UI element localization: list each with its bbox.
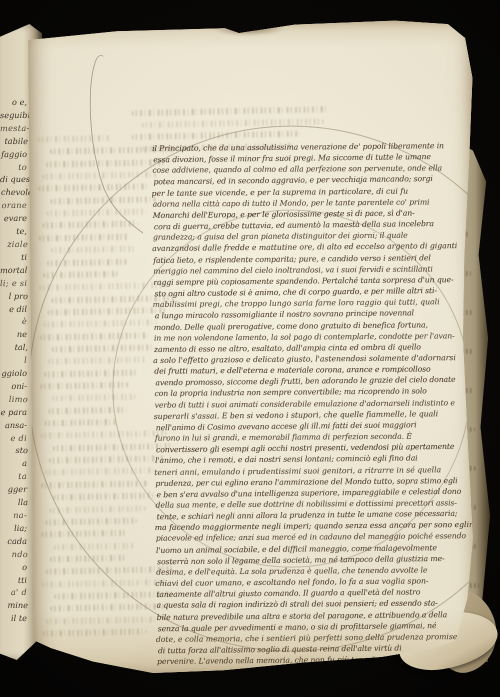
page-edge-shading [27, 14, 481, 678]
gutter-text-fragment: orane [0, 199, 30, 212]
gutter-text-fragment: gger [0, 483, 30, 496]
gutter-text-fragment: faggio [0, 148, 30, 161]
gutter-text-fragment: tal, [1, 341, 30, 354]
gutter-text-fragment: tabile [1, 135, 30, 148]
gutter-text-fragment: a [0, 457, 30, 470]
gutter-text-fragment: li; e si [0, 277, 30, 290]
ghost-bleed-through-heading [27, 14, 475, 18]
gutter-text-fragment: o e, [0, 96, 30, 109]
gutter-text-fragment: e di [0, 431, 30, 444]
gutter-text-fragment: lia; [0, 522, 30, 535]
gutter-text-fragment: mesta- [0, 122, 30, 135]
gutter-text-fragment: l [0, 354, 30, 367]
gutter-text-fragment: chevole [1, 186, 30, 199]
gutter-text-fragment: il te [0, 612, 30, 625]
gutter-text-fragment: l pro [1, 289, 30, 302]
gutter-text-fragment: sto [1, 444, 30, 457]
manuscript-page: il Principato, che da una assolutissima … [27, 14, 481, 678]
gutter-text-fragment: mortal [0, 264, 30, 277]
gutter-text-fragment: te, [0, 225, 30, 238]
gutter-text-fragment: mine [1, 599, 30, 612]
manuscript-photo: o e,seguibilemesta-tabilefaggiotodi ques… [0, 0, 500, 697]
gutter-text-fragment: ggiolo [0, 367, 30, 380]
gutter-text-fragment: e para [0, 406, 30, 419]
gutter-text-fragment: di questa [0, 173, 30, 186]
gutter-text-fragment: tti [0, 573, 30, 586]
gutter-text-fragment: limo [1, 393, 30, 406]
gutter-text-fragment: seguibile [0, 109, 30, 122]
gutter-text-fragment: ndo [1, 548, 30, 561]
gutter-text-fragment: evare [0, 212, 30, 225]
gutter-text-fragment: ne [0, 328, 30, 341]
gutter-text-fragment: cada [0, 535, 30, 548]
gutter-text-fragment: ta [0, 470, 30, 483]
gutter-text-fragment: o [0, 561, 30, 574]
gutter-text-fragment: e dil [0, 302, 30, 315]
gutter-text-fragment: ansa- [0, 419, 30, 432]
gutter-text-fragment: oni- [0, 380, 30, 393]
gutter-text-fragment: to [0, 160, 30, 173]
gutter-text-fragment: na- [0, 509, 30, 522]
gutter-text-fragment: è [0, 315, 30, 328]
gutter-text-fragment: ti [0, 251, 30, 264]
verso-bleed-through [27, 14, 475, 18]
gutter-text-fragments: o e,seguibilemesta-tabilefaggiotodi ques… [0, 96, 30, 625]
gutter-text-fragment: lla [1, 496, 30, 509]
gutter-text-fragment: ziale [1, 238, 30, 251]
gutter-text-fragment: a' d [0, 586, 30, 599]
